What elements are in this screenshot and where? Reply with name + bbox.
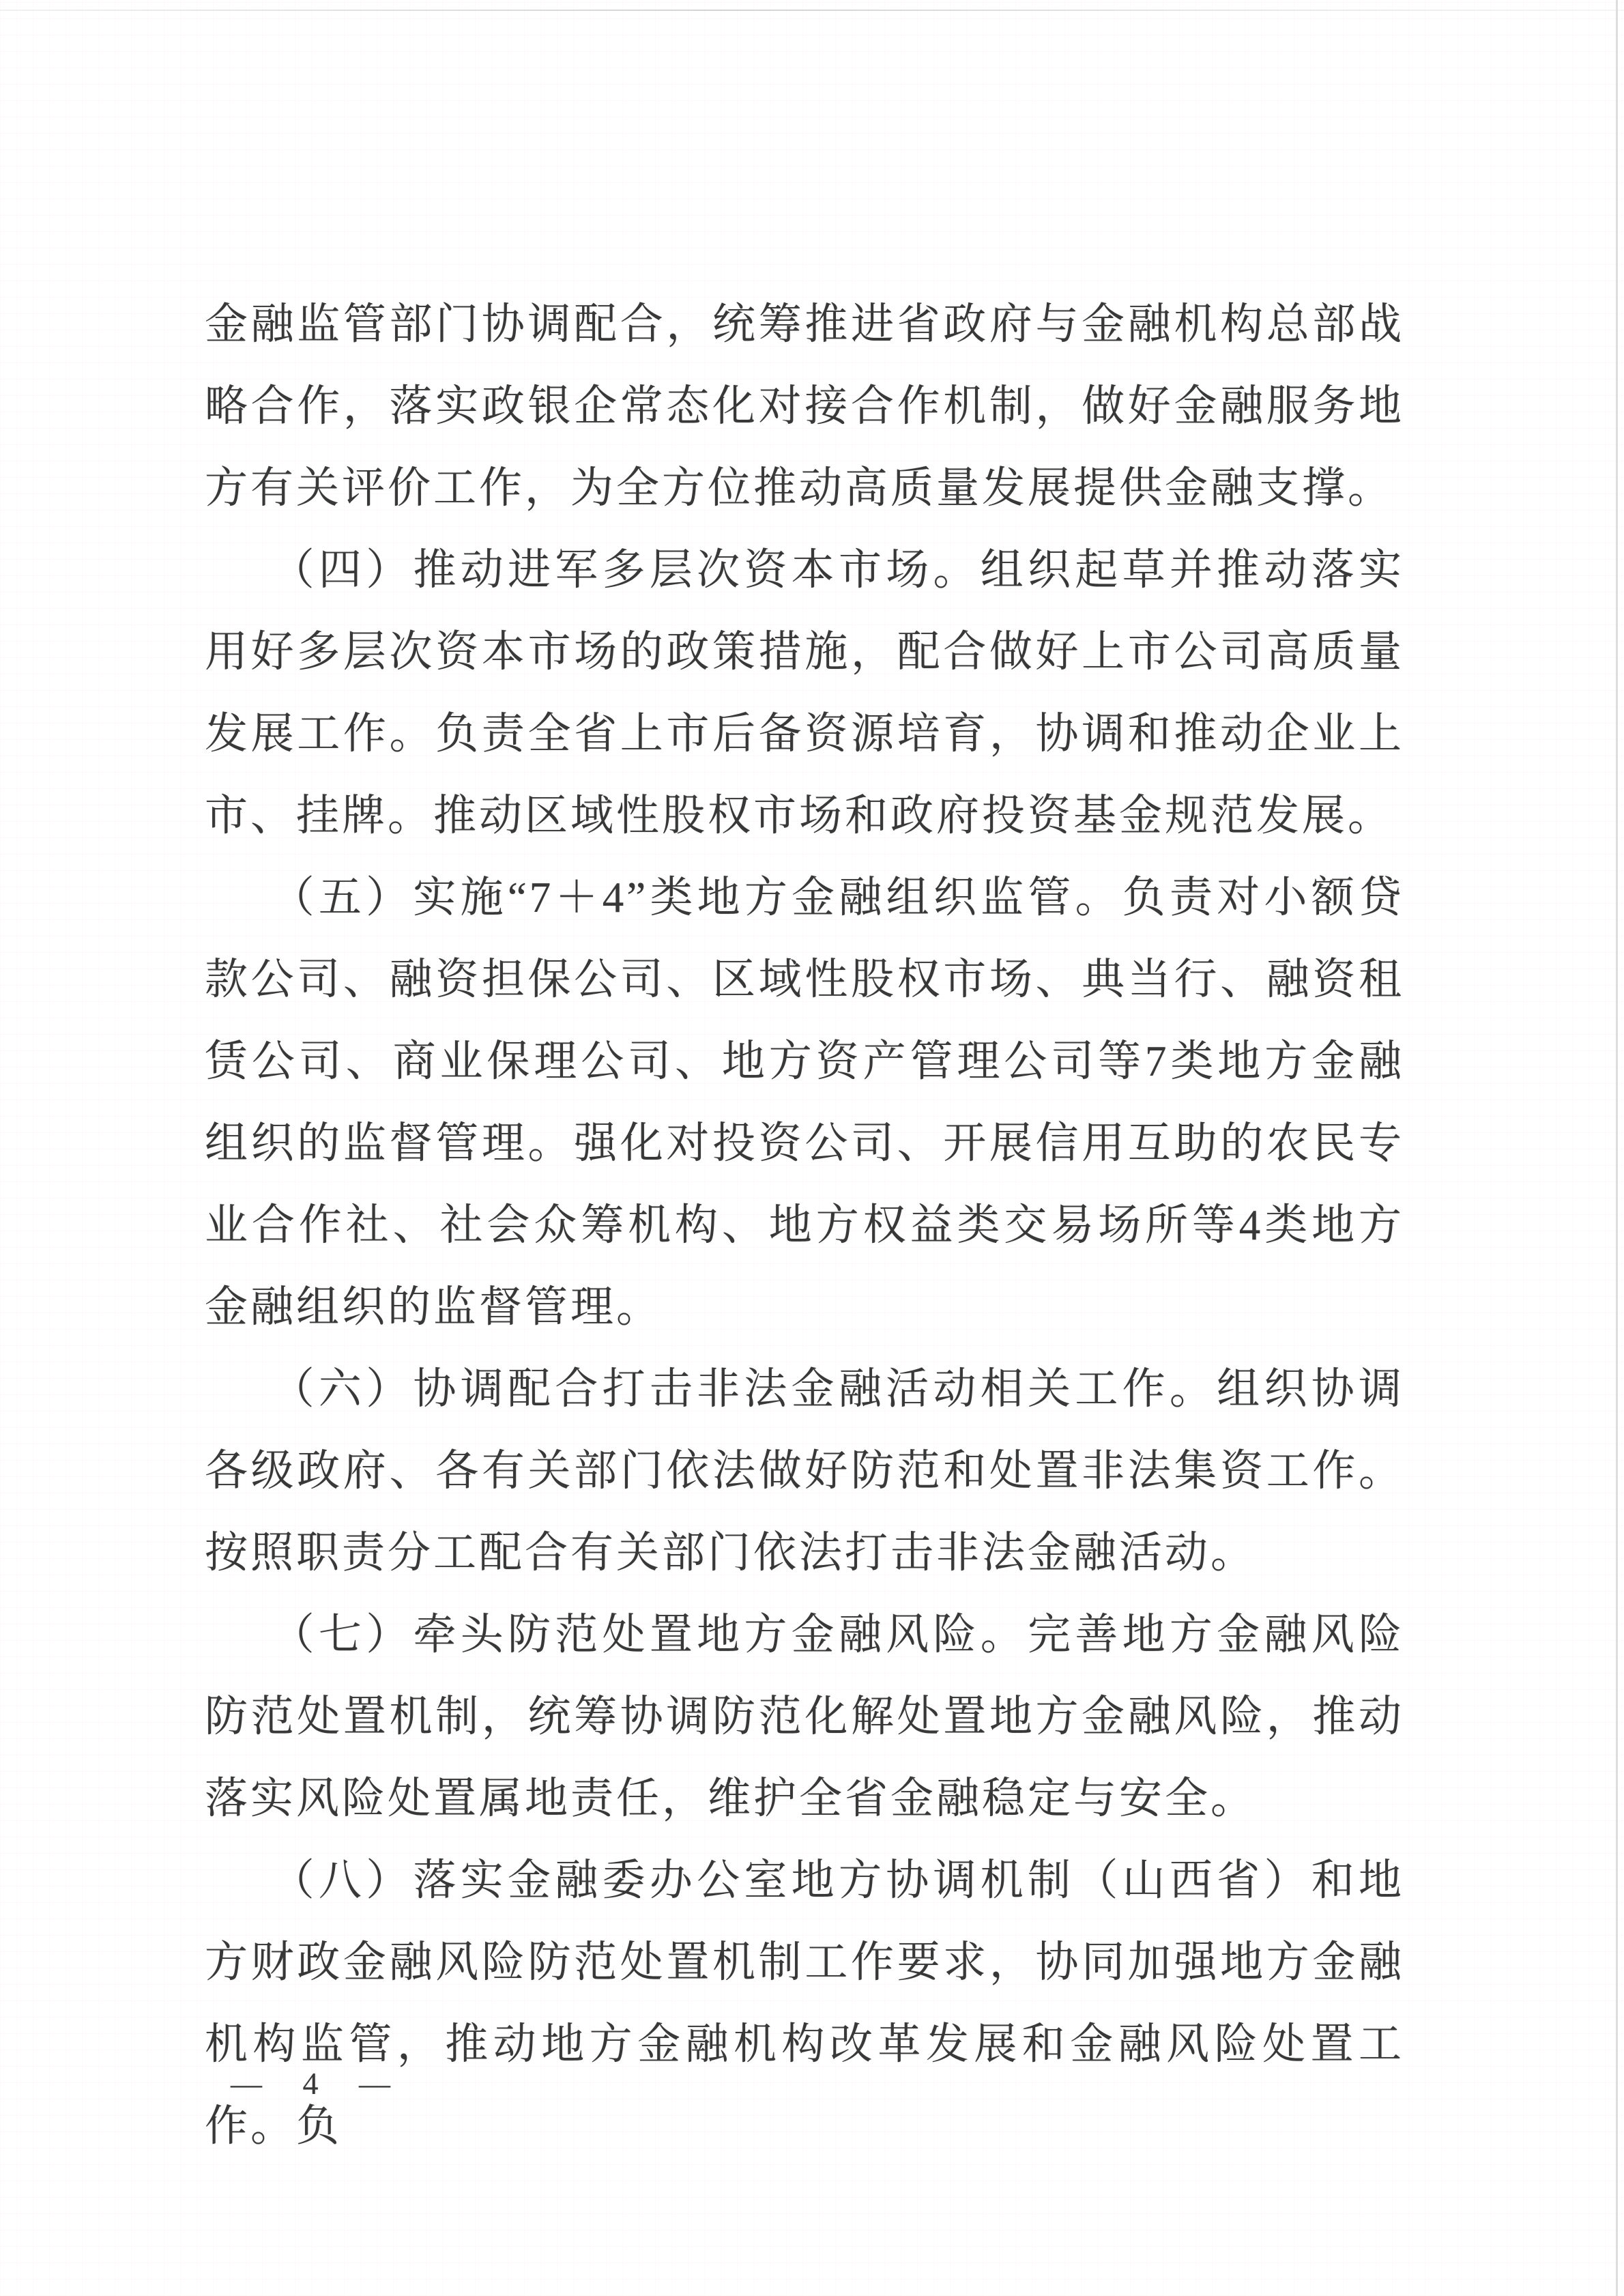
paragraph-five-7plus4-supervision: （五）实施“7＋4”类地方金融组织监管。负责对小额贷款公司、融资担保公司、区域性… [205,857,1404,1348]
scanned-document-page: 金融监管部门协调配合，统筹推进省政府与金融机构总部战略合作，落实政银企常态化对接… [0,0,1624,2296]
scan-right-edge-artifact [1616,0,1618,2296]
document-body: 金融监管部门协调配合，统筹推进省政府与金融机构总部战略合作，落实政银企常态化对接… [205,283,1404,2167]
paragraph-seven-risk-disposal: （七）牵头防范处置地方金融风险。完善地方金融风险防范处置机制，统筹协调防范化解处… [205,1594,1404,1839]
scan-top-edge-artifact [0,10,1624,11]
paragraph-eight-coordination-mechanism: （八）落实金融委办公室地方协调机制（山西省）和地方财政金融风险防范处置机制工作要… [205,1839,1404,2167]
page-number: — 4 — [231,2060,407,2108]
paragraph-four-capital-markets: （四）推动进军多层次资本市场。组织起草并推动落实用好多层次资本市场的政策措施，配… [205,529,1404,857]
paragraph-six-illegal-finance: （六）协调配合打击非法金融活动相关工作。组织协调各级政府、各有关部门依法做好防范… [205,1348,1404,1594]
paragraph-continuation: 金融监管部门协调配合，统筹推进省政府与金融机构总部战略合作，落实政银企常态化对接… [205,283,1404,529]
